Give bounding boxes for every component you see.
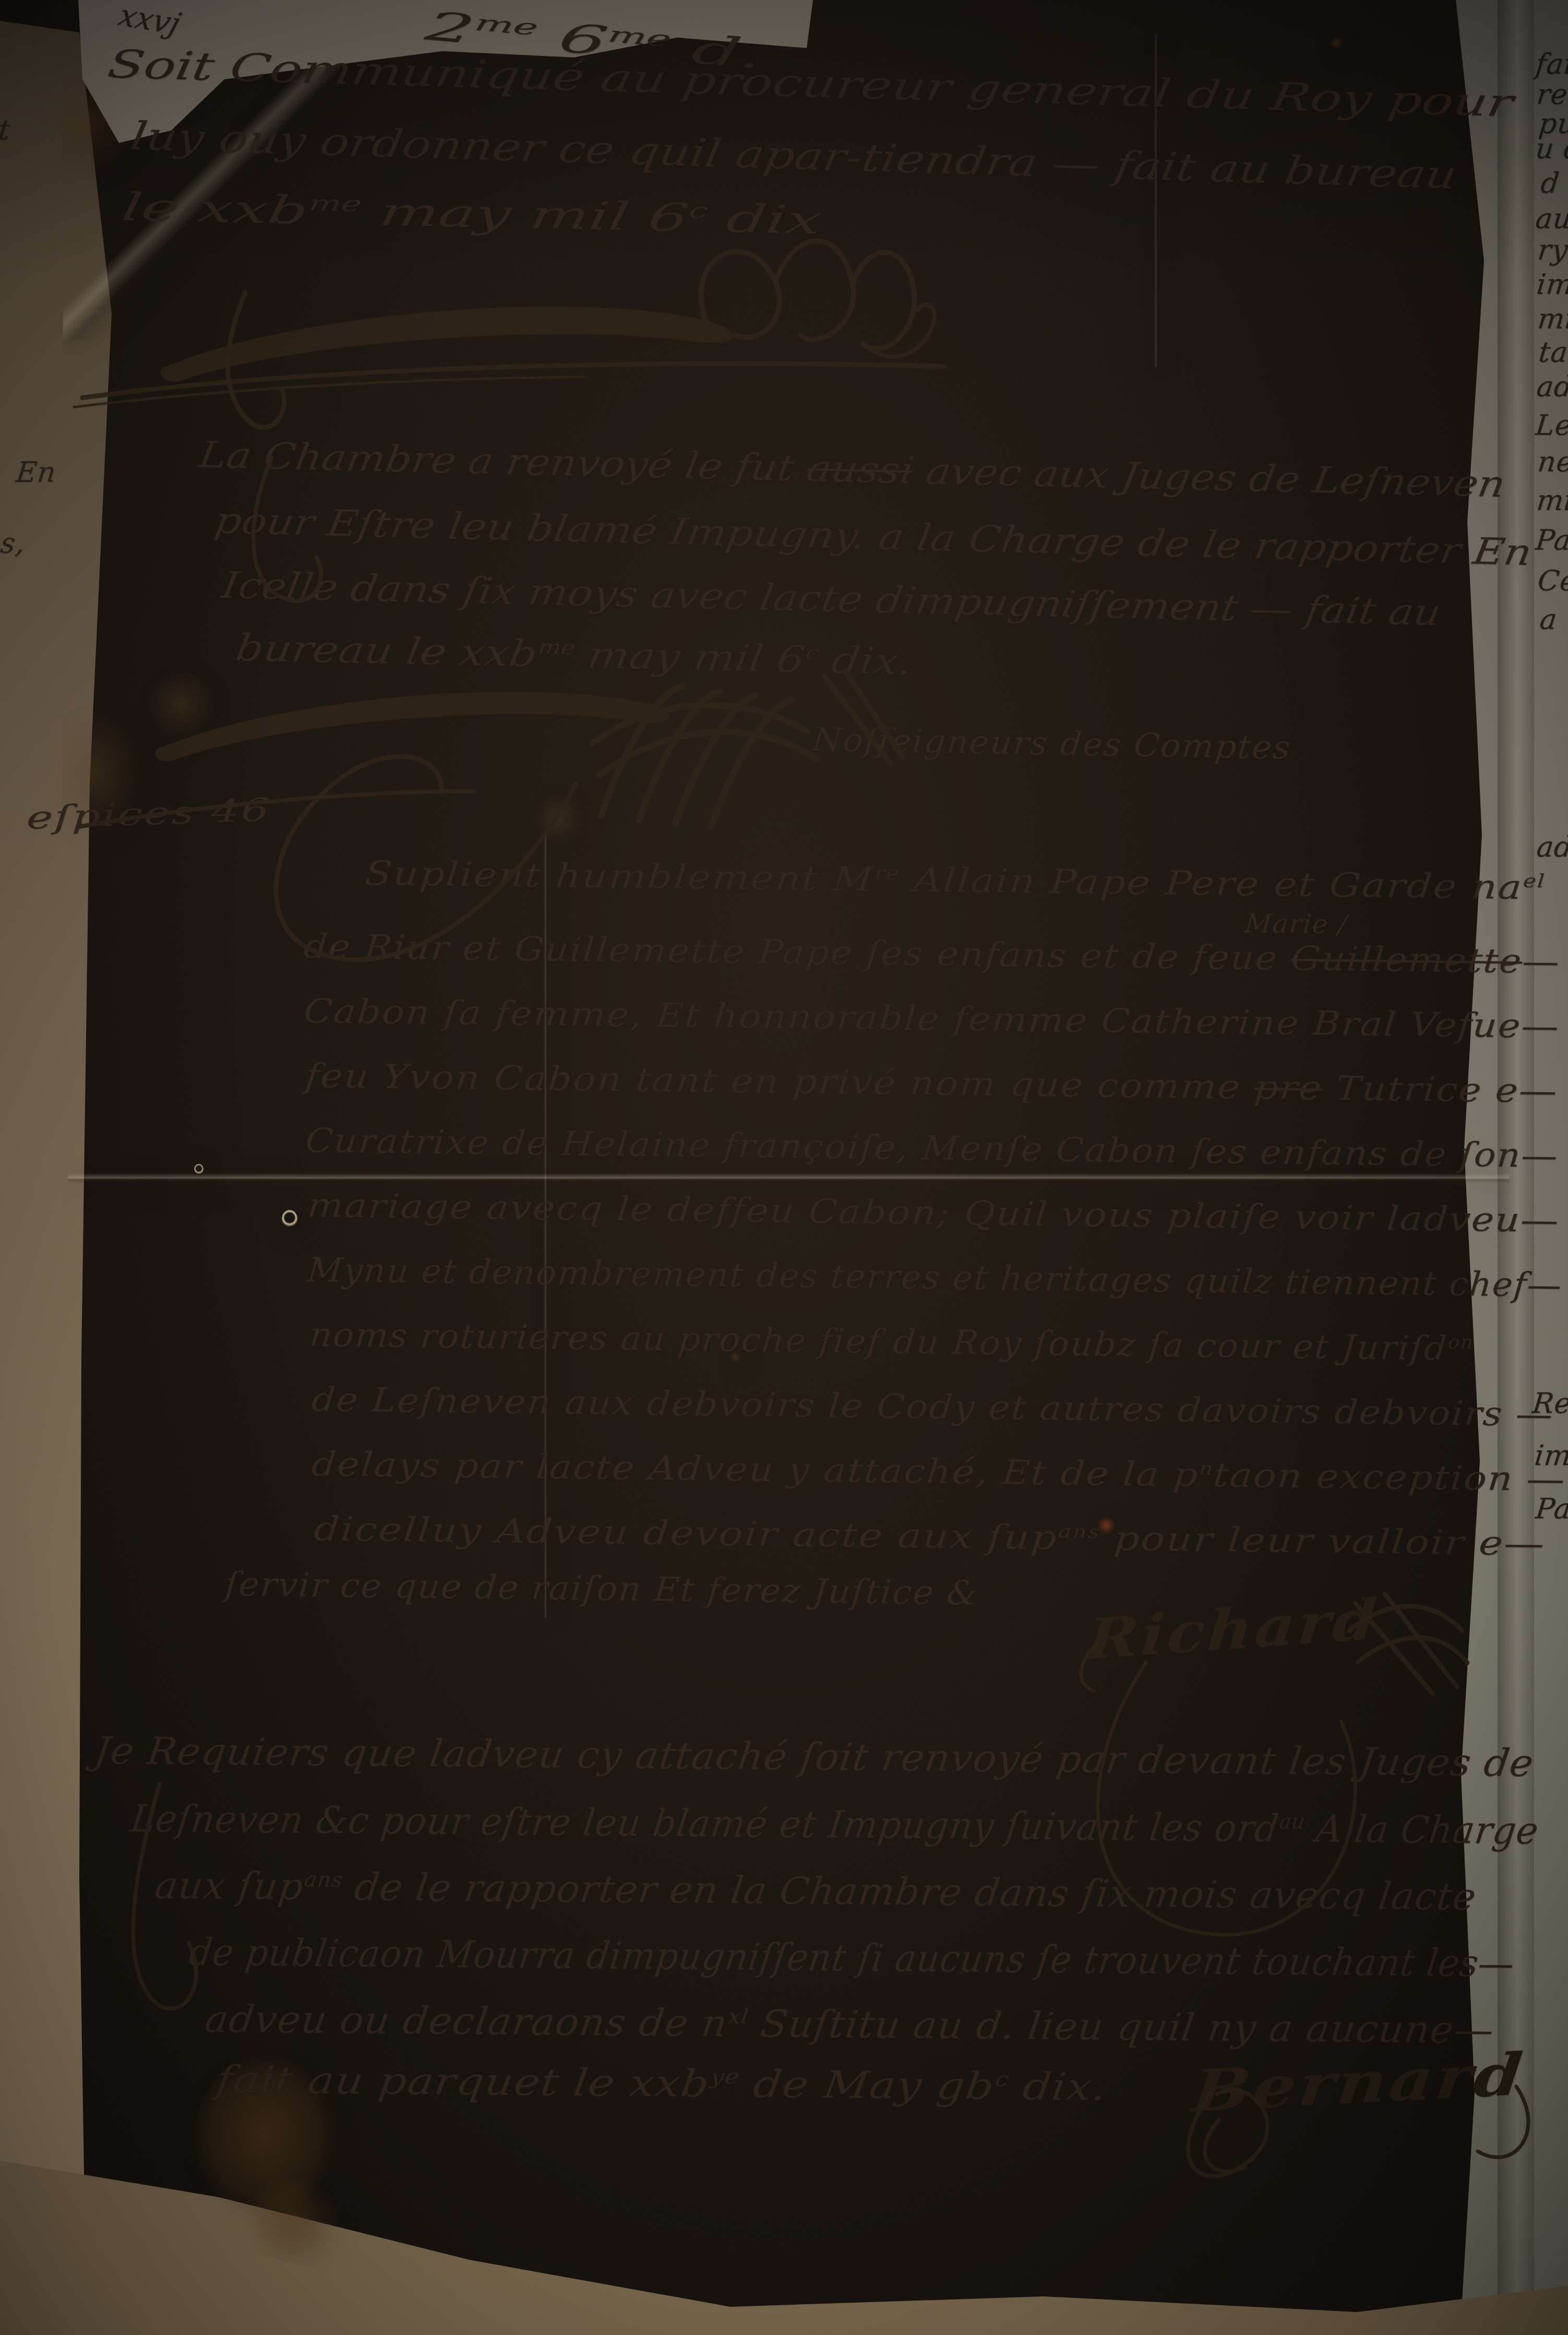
- manuscript-photo: xxvj2me 6me d.Soit Communiqué au procure…: [0, 0, 1568, 2335]
- vignette-overlay: [0, 0, 1568, 2335]
